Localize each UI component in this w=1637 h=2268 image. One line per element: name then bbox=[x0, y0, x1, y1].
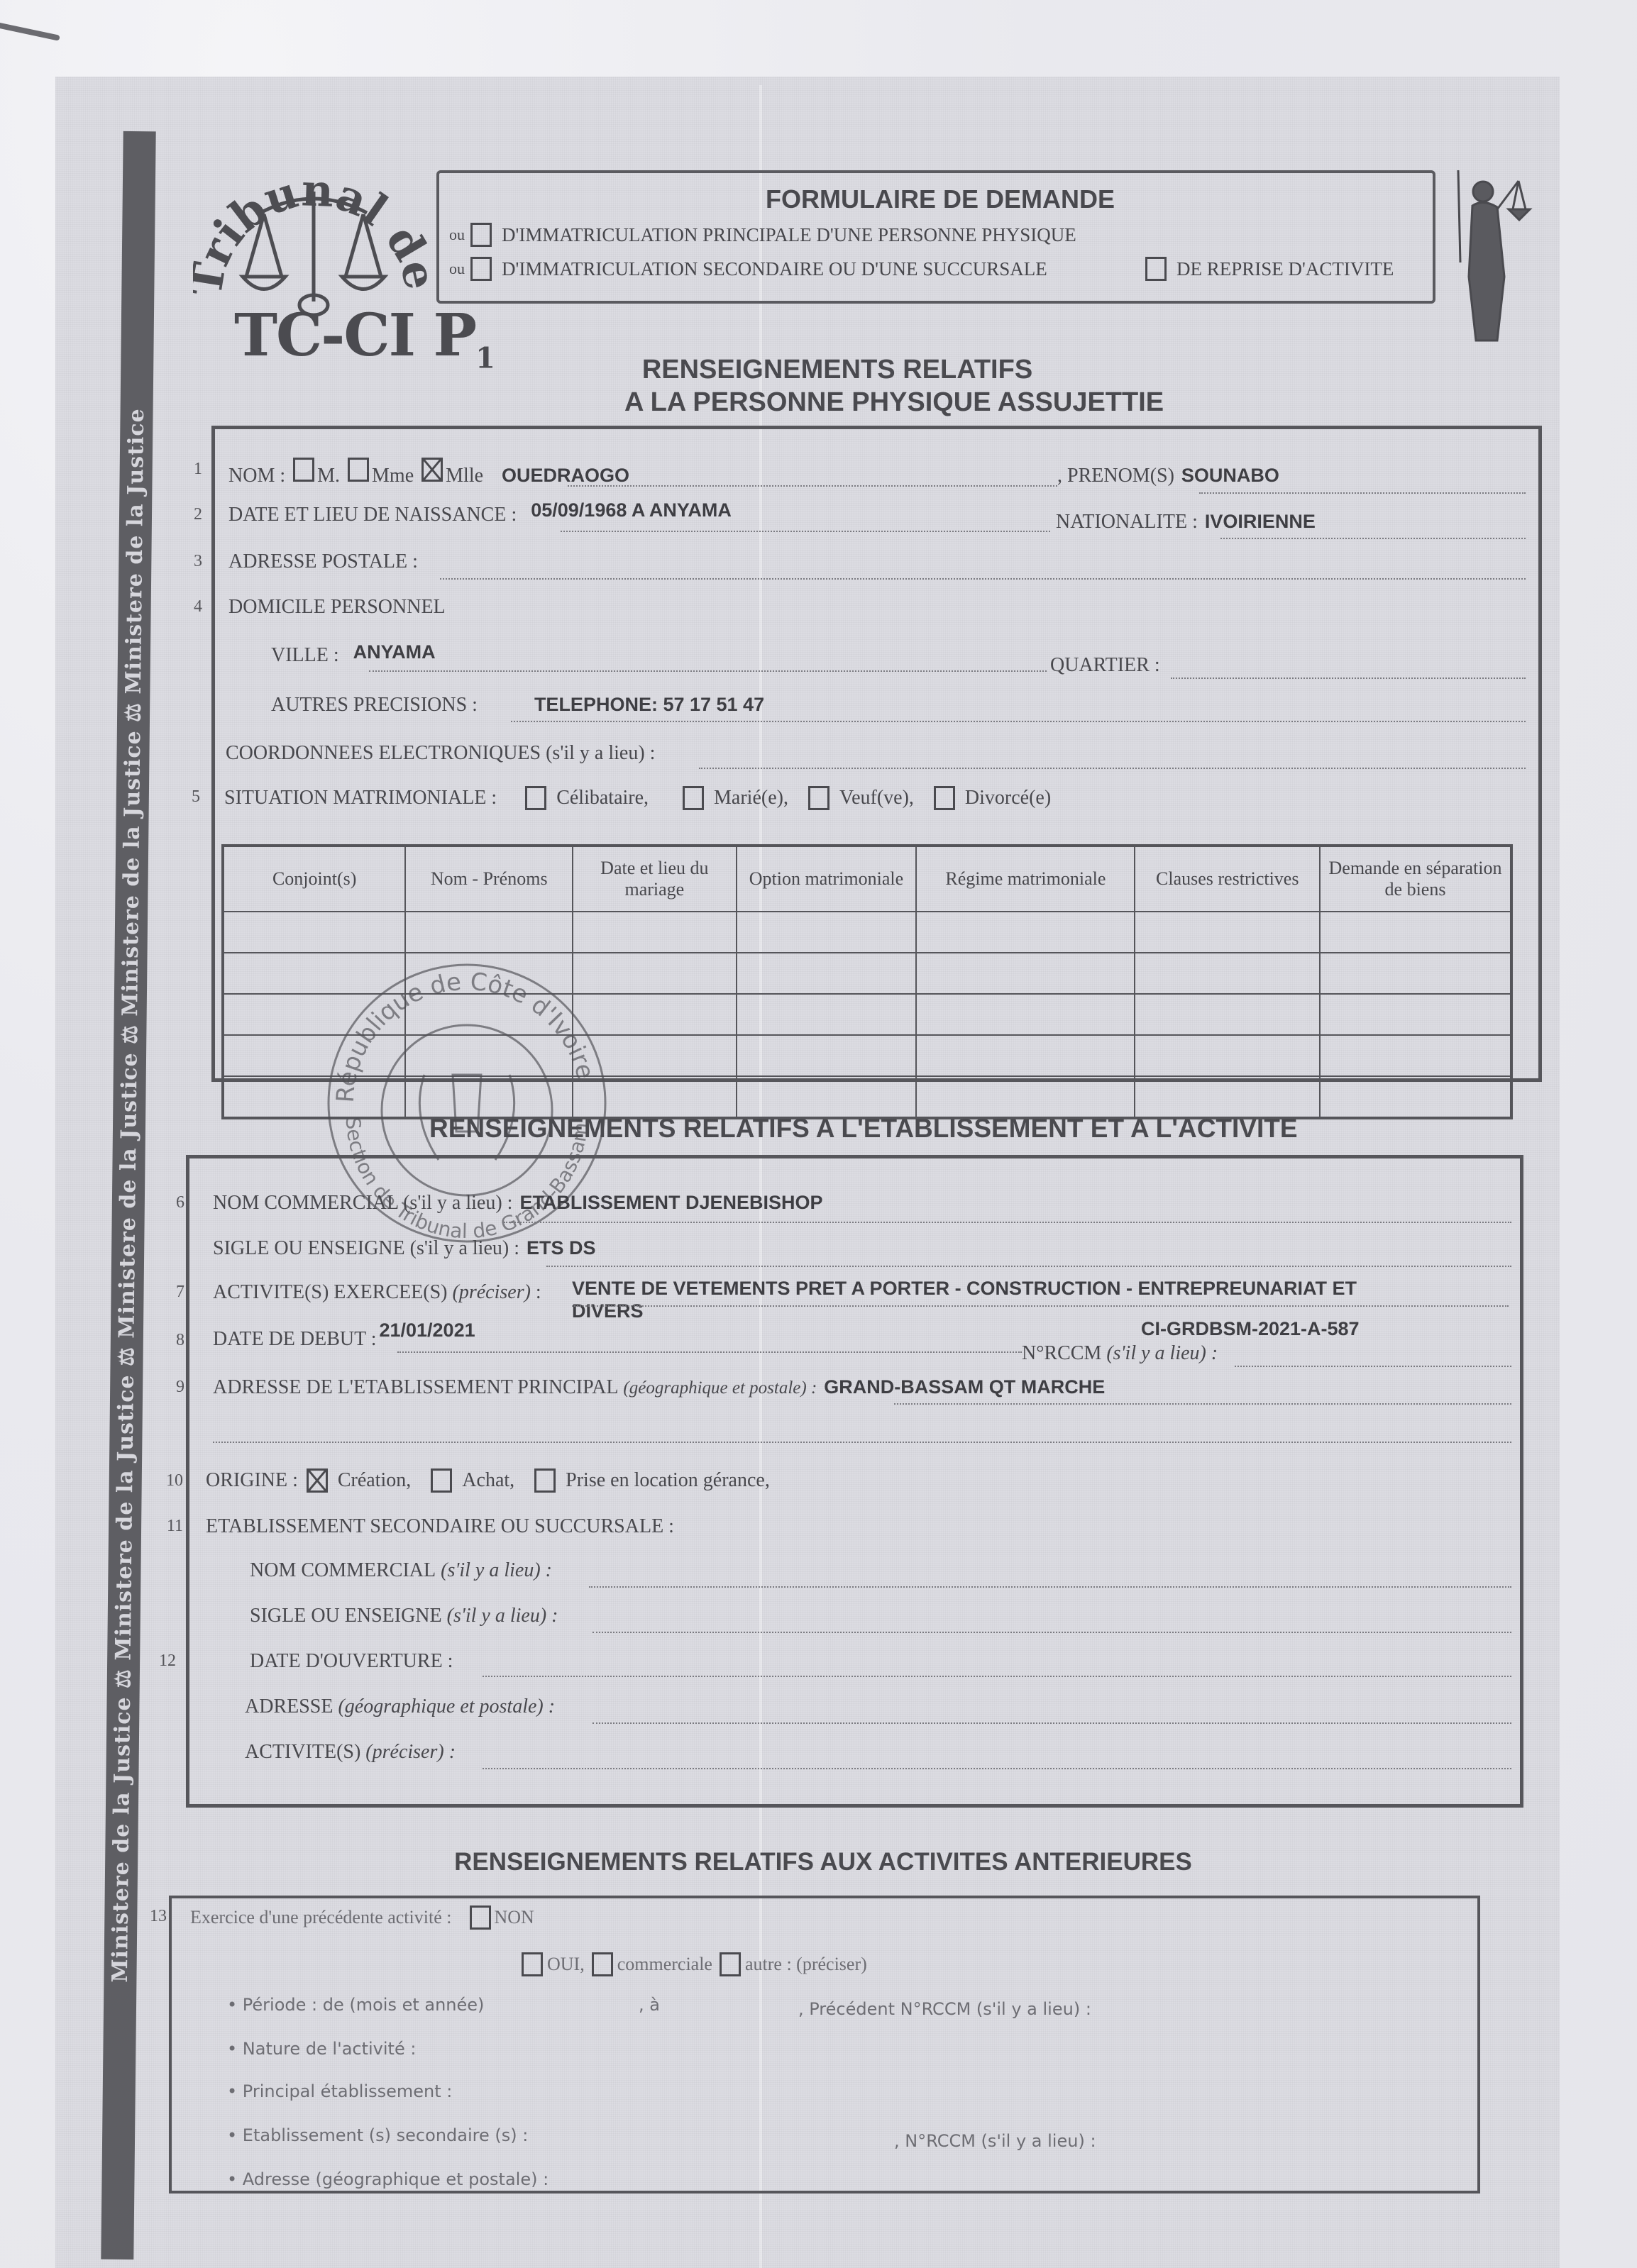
line-number: 8 bbox=[163, 1331, 184, 1350]
situation-matrimoniale-row: SITUATION MATRIMONIALE : Célibataire, Ma… bbox=[224, 786, 1071, 810]
conjoints-table-cell[interactable] bbox=[916, 1076, 1135, 1118]
adresse-etablissement-hint: (géographique et postale) : bbox=[623, 1378, 817, 1398]
activites-label: ACTIVITE(S) EXERCEE(S) bbox=[213, 1281, 448, 1304]
form-code-text: TC-CI P bbox=[234, 302, 475, 370]
commerciale-option[interactable]: commerciale bbox=[592, 1952, 712, 1976]
oui-option[interactable]: OUI, bbox=[522, 1952, 585, 1976]
title-m-label: M. bbox=[317, 465, 340, 487]
sigle-dotted-line bbox=[546, 1266, 1511, 1267]
conjoints-table-cell[interactable] bbox=[737, 994, 917, 1035]
nom-dotted-line bbox=[568, 485, 1057, 487]
line-number: 4 bbox=[181, 597, 202, 616]
quartier-label: QUARTIER : bbox=[1050, 654, 1160, 677]
title-mme-label: Mme bbox=[372, 465, 414, 487]
sigle-label: SIGLE OU ENSEIGNE (s'il y a lieu) : bbox=[213, 1237, 519, 1260]
quartier-dotted-line bbox=[1171, 677, 1526, 679]
conjoints-table-cell[interactable] bbox=[1320, 953, 1511, 994]
autres-precisions-label: AUTRES PRECISIONS : bbox=[271, 694, 478, 717]
rccm-row: N°RCCM (s'il y a lieu) : bbox=[1022, 1342, 1218, 1365]
line-number: 9 bbox=[163, 1378, 184, 1397]
nom-label: NOM : bbox=[228, 465, 285, 487]
logo-arc-text: Tribunal de Commerce bbox=[193, 135, 447, 299]
secondaire-adresse-dotted-line bbox=[592, 1722, 1511, 1724]
achat-option[interactable]: Achat, bbox=[431, 1468, 514, 1493]
achat-label: Achat, bbox=[462, 1469, 514, 1492]
immatriculation-principale-label: D'IMMATRICULATION PRINCIPALE D'UNE PERSO… bbox=[502, 224, 1076, 246]
naissance-dotted-line bbox=[561, 531, 1050, 532]
stamp-outer-text: République de Côte d'Ivoire bbox=[331, 968, 600, 1104]
veuf-checkbox[interactable] bbox=[808, 786, 829, 810]
adresse-etablissement-row: ADRESSE DE L'ETABLISSEMENT PRINCIPAL (gé… bbox=[213, 1376, 1105, 1399]
celibataire-checkbox[interactable] bbox=[525, 786, 546, 810]
oui-checkbox[interactable] bbox=[522, 1952, 543, 1976]
anterieur-adresse-label: • Adresse (géographique et postale) : bbox=[227, 2169, 549, 2189]
etablissement-secondaire-label: ETABLISSEMENT SECONDAIRE OU SUCCURSALE : bbox=[206, 1515, 674, 1538]
section-title-line-1: RENSEIGNEMENTS RELATIFS bbox=[624, 353, 1050, 386]
etablissement-secondaire-anterieur-label: • Etablissement (s) secondaire (s) : bbox=[227, 2125, 528, 2145]
autre-label: autre : (préciser) bbox=[745, 1954, 867, 1975]
line-number: 12 bbox=[155, 1652, 176, 1671]
secondaire-adresse-hint: (géographique et postale) : bbox=[338, 1696, 555, 1718]
section-etablissement-title: RENSEIGNEMENTS RELATIFS A L'ETABLISSEMEN… bbox=[429, 1114, 1281, 1144]
option-immatriculation-secondaire: ou D'IMMATRICULATION SECONDAIRE OU D'UNE… bbox=[449, 257, 1047, 281]
location-gerance-checkbox[interactable] bbox=[534, 1468, 556, 1493]
line-number: 5 bbox=[179, 787, 200, 807]
date-debut-label: DATE DE DEBUT : bbox=[213, 1328, 376, 1351]
line-number: 11 bbox=[162, 1517, 183, 1536]
secondaire-nom-row: NOM COMMERCIAL (s'il y a lieu) : bbox=[250, 1559, 552, 1582]
marie-label: Marié(e), bbox=[714, 787, 788, 809]
exercice-label: Exercice d'une précédente activité : bbox=[190, 1907, 451, 1928]
situation-matrimoniale-label: SITUATION MATRIMONIALE : bbox=[224, 787, 497, 809]
option-reprise-activite: DE REPRISE D'ACTIVITE bbox=[1145, 257, 1394, 281]
immatriculation-principale-checkbox[interactable] bbox=[470, 223, 492, 247]
line-number: 1 bbox=[181, 460, 202, 479]
non-checkbox[interactable] bbox=[470, 1905, 491, 1930]
origine-label: ORIGINE : bbox=[206, 1469, 298, 1492]
request-type-box: FORMULAIRE DE DEMANDE ou D'IMMATRICULATI… bbox=[436, 170, 1435, 304]
activites-value-line-1: VENTE DE VETEMENTS PRET A PORTER - CONST… bbox=[572, 1277, 1357, 1300]
activites-dotted-line bbox=[572, 1305, 1509, 1307]
marie-checkbox[interactable] bbox=[683, 786, 704, 810]
nationalite-row: NATIONALITE : IVOIRIENNE bbox=[1056, 511, 1316, 533]
title-m-checkbox[interactable] bbox=[293, 458, 314, 482]
autre-checkbox[interactable] bbox=[720, 1952, 741, 1976]
conjoints-table-cell[interactable] bbox=[1135, 912, 1320, 953]
conjoints-table-cell[interactable] bbox=[1135, 994, 1320, 1035]
activites-row: ACTIVITE(S) EXERCEE(S) (préciser) : bbox=[213, 1281, 541, 1304]
autres-precisions-value[interactable]: TELEPHONE: 57 17 51 47 bbox=[534, 694, 764, 716]
prenom-row: , PRENOM(S) SOUNABO bbox=[1057, 465, 1279, 487]
nom-value[interactable]: OUEDRAOGO bbox=[502, 465, 629, 487]
secondaire-activite-label: ACTIVITE(S) bbox=[245, 1741, 360, 1764]
adresse-etablissement-label: ADRESSE DE L'ETABLISSEMENT PRINCIPAL bbox=[213, 1376, 618, 1399]
autre-option[interactable]: autre : (préciser) bbox=[720, 1952, 867, 1976]
title-mlle-label: Mlle bbox=[446, 465, 483, 487]
adresse-postale-label: ADRESSE POSTALE : bbox=[228, 551, 418, 573]
autres-precisions-dotted-line bbox=[511, 721, 1526, 722]
ville-label: VILLE : bbox=[271, 644, 339, 667]
divorce-label: Divorcé(e) bbox=[965, 787, 1051, 809]
ville-row: VILLE : ANYAMA bbox=[271, 644, 436, 667]
conjoints-table-cell[interactable] bbox=[737, 1035, 917, 1076]
coordonnees-label: COORDONNEES ELECTRONIQUES (s'il y a lieu… bbox=[226, 742, 655, 765]
form-code: TC-CI P1 bbox=[234, 302, 494, 375]
secondaire-activite-dotted-line bbox=[483, 1768, 1511, 1769]
adresse-etablissement-value[interactable]: GRAND-BASSAM QT MARCHE bbox=[824, 1376, 1105, 1398]
option-immatriculation-principale: ou D'IMMATRICULATION PRINCIPALE D'UNE PE… bbox=[449, 223, 1076, 247]
line-number: 2 bbox=[181, 505, 202, 524]
date-ouverture-dotted-line bbox=[483, 1676, 1511, 1677]
coordonnees-dotted-line bbox=[699, 768, 1526, 769]
nationalite-label: NATIONALITE : bbox=[1056, 511, 1198, 533]
naissance-value[interactable]: 05/09/1968 A ANYAMA bbox=[531, 499, 732, 521]
conjoints-table-cell[interactable] bbox=[1320, 1035, 1511, 1076]
secondaire-sigle-hint: (s'il y a lieu) : bbox=[447, 1605, 558, 1627]
title-mlle-checkbox[interactable] bbox=[421, 458, 443, 482]
ville-dotted-line bbox=[369, 670, 1047, 672]
adresse-second-dotted-line bbox=[213, 1442, 1511, 1443]
secondaire-nom-dotted-line bbox=[589, 1586, 1511, 1588]
celibataire-option[interactable]: Célibataire, bbox=[525, 786, 649, 810]
domicile-label: DOMICILE PERSONNEL bbox=[228, 596, 446, 619]
nom-row: NOM : M. Mme Mlle OUEDRAOGO bbox=[228, 458, 629, 487]
nom-commercial-label: NOM COMMERCIAL (s'il y a lieu) : bbox=[213, 1192, 512, 1215]
autres-precisions-row: AUTRES PRECISIONS : TELEPHONE: 57 17 51 … bbox=[271, 694, 764, 717]
col-regime-matrimoniale: Régime matrimoniale bbox=[916, 846, 1135, 912]
exercice-row: Exercice d'une précédente activité : NON bbox=[190, 1905, 554, 1930]
col-option-matrimoniale: Option matrimoniale bbox=[737, 846, 917, 912]
conjoints-table-cell[interactable] bbox=[916, 1035, 1135, 1076]
ville-value[interactable]: ANYAMA bbox=[353, 641, 436, 663]
conjoints-table-cell[interactable] bbox=[1135, 953, 1320, 994]
adresse-dotted-line bbox=[894, 1403, 1511, 1405]
line-number: 7 bbox=[163, 1283, 184, 1302]
immatriculation-secondaire-checkbox[interactable] bbox=[470, 257, 492, 281]
reprise-activite-checkbox[interactable] bbox=[1145, 257, 1167, 281]
conjoints-table-cell[interactable] bbox=[737, 912, 917, 953]
line-number: 13 bbox=[145, 1907, 167, 1926]
immatriculation-secondaire-label: D'IMMATRICULATION SECONDAIRE OU D'UNE SU… bbox=[502, 258, 1047, 280]
creation-label: Création, bbox=[338, 1469, 411, 1492]
conjoints-table-cell[interactable] bbox=[1320, 994, 1511, 1035]
divorce-checkbox[interactable] bbox=[934, 786, 955, 810]
divorce-option[interactable]: Divorcé(e) bbox=[934, 786, 1051, 810]
conjoints-table-header: Conjoint(s) Nom - Prénoms Date et lieu d… bbox=[223, 846, 1511, 912]
svg-text:Tribunal de Commerce: Tribunal de Commerce bbox=[193, 135, 447, 299]
veuf-label: Veuf(ve), bbox=[839, 787, 914, 809]
rccm-dotted-line bbox=[1235, 1366, 1511, 1367]
conjoints-table-cell[interactable] bbox=[1320, 912, 1511, 953]
col-clauses-restrictives: Clauses restrictives bbox=[1135, 846, 1320, 912]
secondaire-sigle-row: SIGLE OU ENSEIGNE (s'il y a lieu) : bbox=[250, 1605, 558, 1627]
periode-label: • Période : de (mois et année) bbox=[227, 1995, 484, 2015]
nationalite-value[interactable]: IVOIRIENNE bbox=[1205, 511, 1316, 533]
col-conjoints: Conjoint(s) bbox=[223, 846, 405, 912]
principal-etablissement-label: • Principal établissement : bbox=[227, 2081, 452, 2101]
conjoints-table-cell[interactable] bbox=[737, 953, 917, 994]
date-debut-dotted-line bbox=[397, 1351, 1022, 1353]
conjoints-table-cell[interactable] bbox=[405, 912, 573, 953]
oui-label: OUI, bbox=[547, 1954, 585, 1975]
secondaire-adresse-row: ADRESSE (géographique et postale) : bbox=[245, 1696, 555, 1718]
achat-checkbox[interactable] bbox=[431, 1468, 452, 1493]
secondaire-nom-label: NOM COMMERCIAL bbox=[250, 1559, 436, 1582]
non-option[interactable]: NON bbox=[470, 1905, 534, 1930]
naissance-label: DATE ET LIEU DE NAISSANCE : bbox=[228, 504, 517, 526]
request-form-title: FORMULAIRE DE DEMANDE bbox=[766, 184, 1115, 214]
secondaire-nom-hint: (s'il y a lieu) : bbox=[441, 1559, 552, 1582]
conjoints-table-cell[interactable] bbox=[1135, 1035, 1320, 1076]
marie-option[interactable]: Marié(e), bbox=[683, 786, 788, 810]
conjoints-table-cell[interactable] bbox=[573, 912, 737, 953]
activites-value[interactable]: VENTE DE VETEMENTS PRET A PORTER - CONST… bbox=[572, 1277, 1357, 1322]
rccm-value[interactable]: CI-GRDBSM-2021-A-587 bbox=[1141, 1318, 1360, 1340]
or-label: ou bbox=[449, 226, 465, 244]
title-mme-checkbox[interactable] bbox=[348, 458, 369, 482]
conjoints-table-cell[interactable] bbox=[223, 912, 405, 953]
section-title-line-2: A LA PERSONNE PHYSIQUE ASSUJETTIE bbox=[624, 386, 1050, 419]
nationalite-dotted-line bbox=[1220, 538, 1526, 539]
adresse-postale-dotted-line bbox=[440, 578, 1526, 580]
non-label: NON bbox=[494, 1907, 534, 1928]
or-label: ou bbox=[449, 260, 465, 278]
conjoints-table-cell[interactable] bbox=[916, 912, 1135, 953]
secondaire-activite-hint: (préciser) : bbox=[365, 1741, 456, 1764]
commerciale-checkbox[interactable] bbox=[592, 1952, 613, 1976]
conjoints-table-cell[interactable] bbox=[1135, 1076, 1320, 1118]
line-number: 3 bbox=[181, 552, 202, 571]
quartier-row: QUARTIER : bbox=[1050, 654, 1167, 677]
coordonnees-row: COORDONNEES ELECTRONIQUES (s'il y a lieu… bbox=[226, 742, 662, 765]
conjoints-table-cell[interactable] bbox=[1320, 1076, 1511, 1118]
line-number: 6 bbox=[163, 1193, 184, 1212]
line-number: 10 bbox=[162, 1471, 183, 1490]
prenom-dotted-line bbox=[1199, 492, 1526, 494]
conjoints-table-cell[interactable] bbox=[737, 1076, 917, 1118]
date-debut-value[interactable]: 21/01/2021 bbox=[379, 1320, 475, 1342]
sigle-value[interactable]: ETS DS bbox=[527, 1237, 596, 1259]
conjoints-table-cell[interactable] bbox=[916, 994, 1135, 1035]
section-personne-physique-title: RENSEIGNEMENTS RELATIFS A LA PERSONNE PH… bbox=[624, 353, 1050, 419]
rccm-label-hint: (s'il y a lieu) : bbox=[1106, 1342, 1218, 1365]
rccm-label: N°RCCM bbox=[1022, 1342, 1101, 1365]
date-ouverture-label: DATE D'OUVERTURE : bbox=[250, 1650, 453, 1673]
veuf-option[interactable]: Veuf(ve), bbox=[808, 786, 914, 810]
col-date-lieu-mariage: Date et lieu du mariage bbox=[573, 846, 737, 912]
form-code-sub: 1 bbox=[475, 341, 494, 375]
section-activites-anterieures-title: RENSEIGNEMENTS RELATIFS AUX ACTIVITES AN… bbox=[397, 1848, 1249, 1876]
nom-commercial-value[interactable]: ETABLISSEMENT DJENEBISHOP bbox=[519, 1192, 822, 1214]
svg-text:République de Côte d'Ivoire: République de Côte d'Ivoire bbox=[331, 968, 600, 1104]
adresse-postale-row: ADRESSE POSTALE : bbox=[228, 551, 425, 573]
celibataire-label: Célibataire, bbox=[556, 787, 649, 809]
nature-activite-label: • Nature de l'activité : bbox=[227, 2039, 416, 2059]
nom-commercial-row: NOM COMMERCIAL (s'il y a lieu) : ETABLIS… bbox=[213, 1192, 823, 1215]
location-gerance-option[interactable]: Prise en location gérance, bbox=[534, 1468, 770, 1493]
naissance-row: DATE ET LIEU DE NAISSANCE : 05/09/1968 A… bbox=[228, 504, 732, 526]
commerciale-label: commerciale bbox=[617, 1954, 712, 1975]
activites-label-hint: (préciser) bbox=[453, 1281, 531, 1304]
creation-option[interactable]: Création, bbox=[307, 1468, 411, 1493]
secondaire-activite-row: ACTIVITE(S) (préciser) : bbox=[245, 1741, 456, 1764]
prenom-label: , PRENOM(S) bbox=[1057, 465, 1174, 487]
date-debut-row: DATE DE DEBUT : 21/01/2021 bbox=[213, 1328, 475, 1351]
precedent-rccm-label: , Précédent N°RCCM (s'il y a lieu) : bbox=[798, 1999, 1091, 2019]
col-demande-separation-biens: Demande en séparation de biens bbox=[1320, 846, 1511, 912]
secondaire-adresse-label: ADRESSE bbox=[245, 1696, 333, 1718]
creation-checkbox[interactable] bbox=[307, 1468, 328, 1493]
col-nom-prenoms: Nom - Prénoms bbox=[405, 846, 573, 912]
nom-commercial-dotted-line bbox=[504, 1222, 1511, 1223]
secondaire-sigle-dotted-line bbox=[592, 1632, 1511, 1633]
anterieur-rccm-label: , N°RCCM (s'il y a lieu) : bbox=[894, 2131, 1096, 2151]
sigle-row: SIGLE OU ENSEIGNE (s'il y a lieu) : ETS … bbox=[213, 1237, 596, 1260]
lady-justice-icon bbox=[1448, 149, 1533, 355]
secondaire-sigle-label: SIGLE OU ENSEIGNE bbox=[250, 1605, 442, 1627]
prenom-value[interactable]: SOUNABO bbox=[1181, 465, 1279, 487]
conjoints-table-row bbox=[223, 912, 1511, 953]
conjoints-table-cell[interactable] bbox=[916, 953, 1135, 994]
location-gerance-label: Prise en location gérance, bbox=[566, 1469, 770, 1492]
periode-a-label: , à bbox=[639, 1995, 660, 2015]
origine-row: ORIGINE : Création, Achat, Prise en loca… bbox=[206, 1468, 790, 1493]
reprise-activite-label: DE REPRISE D'ACTIVITE bbox=[1176, 258, 1394, 280]
oui-row: OUI, commerciale autre : (préciser) bbox=[522, 1952, 887, 1976]
